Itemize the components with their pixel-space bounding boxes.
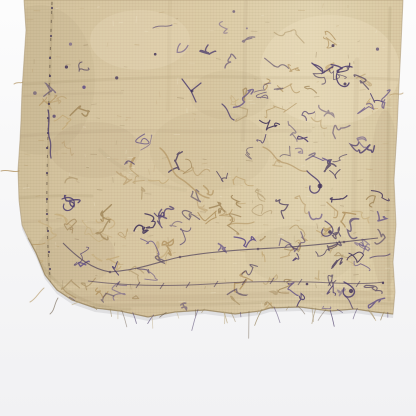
fabric-photo bbox=[0, 0, 416, 416]
fabric-cloth bbox=[0, 0, 416, 330]
photo-canvas bbox=[0, 0, 416, 416]
